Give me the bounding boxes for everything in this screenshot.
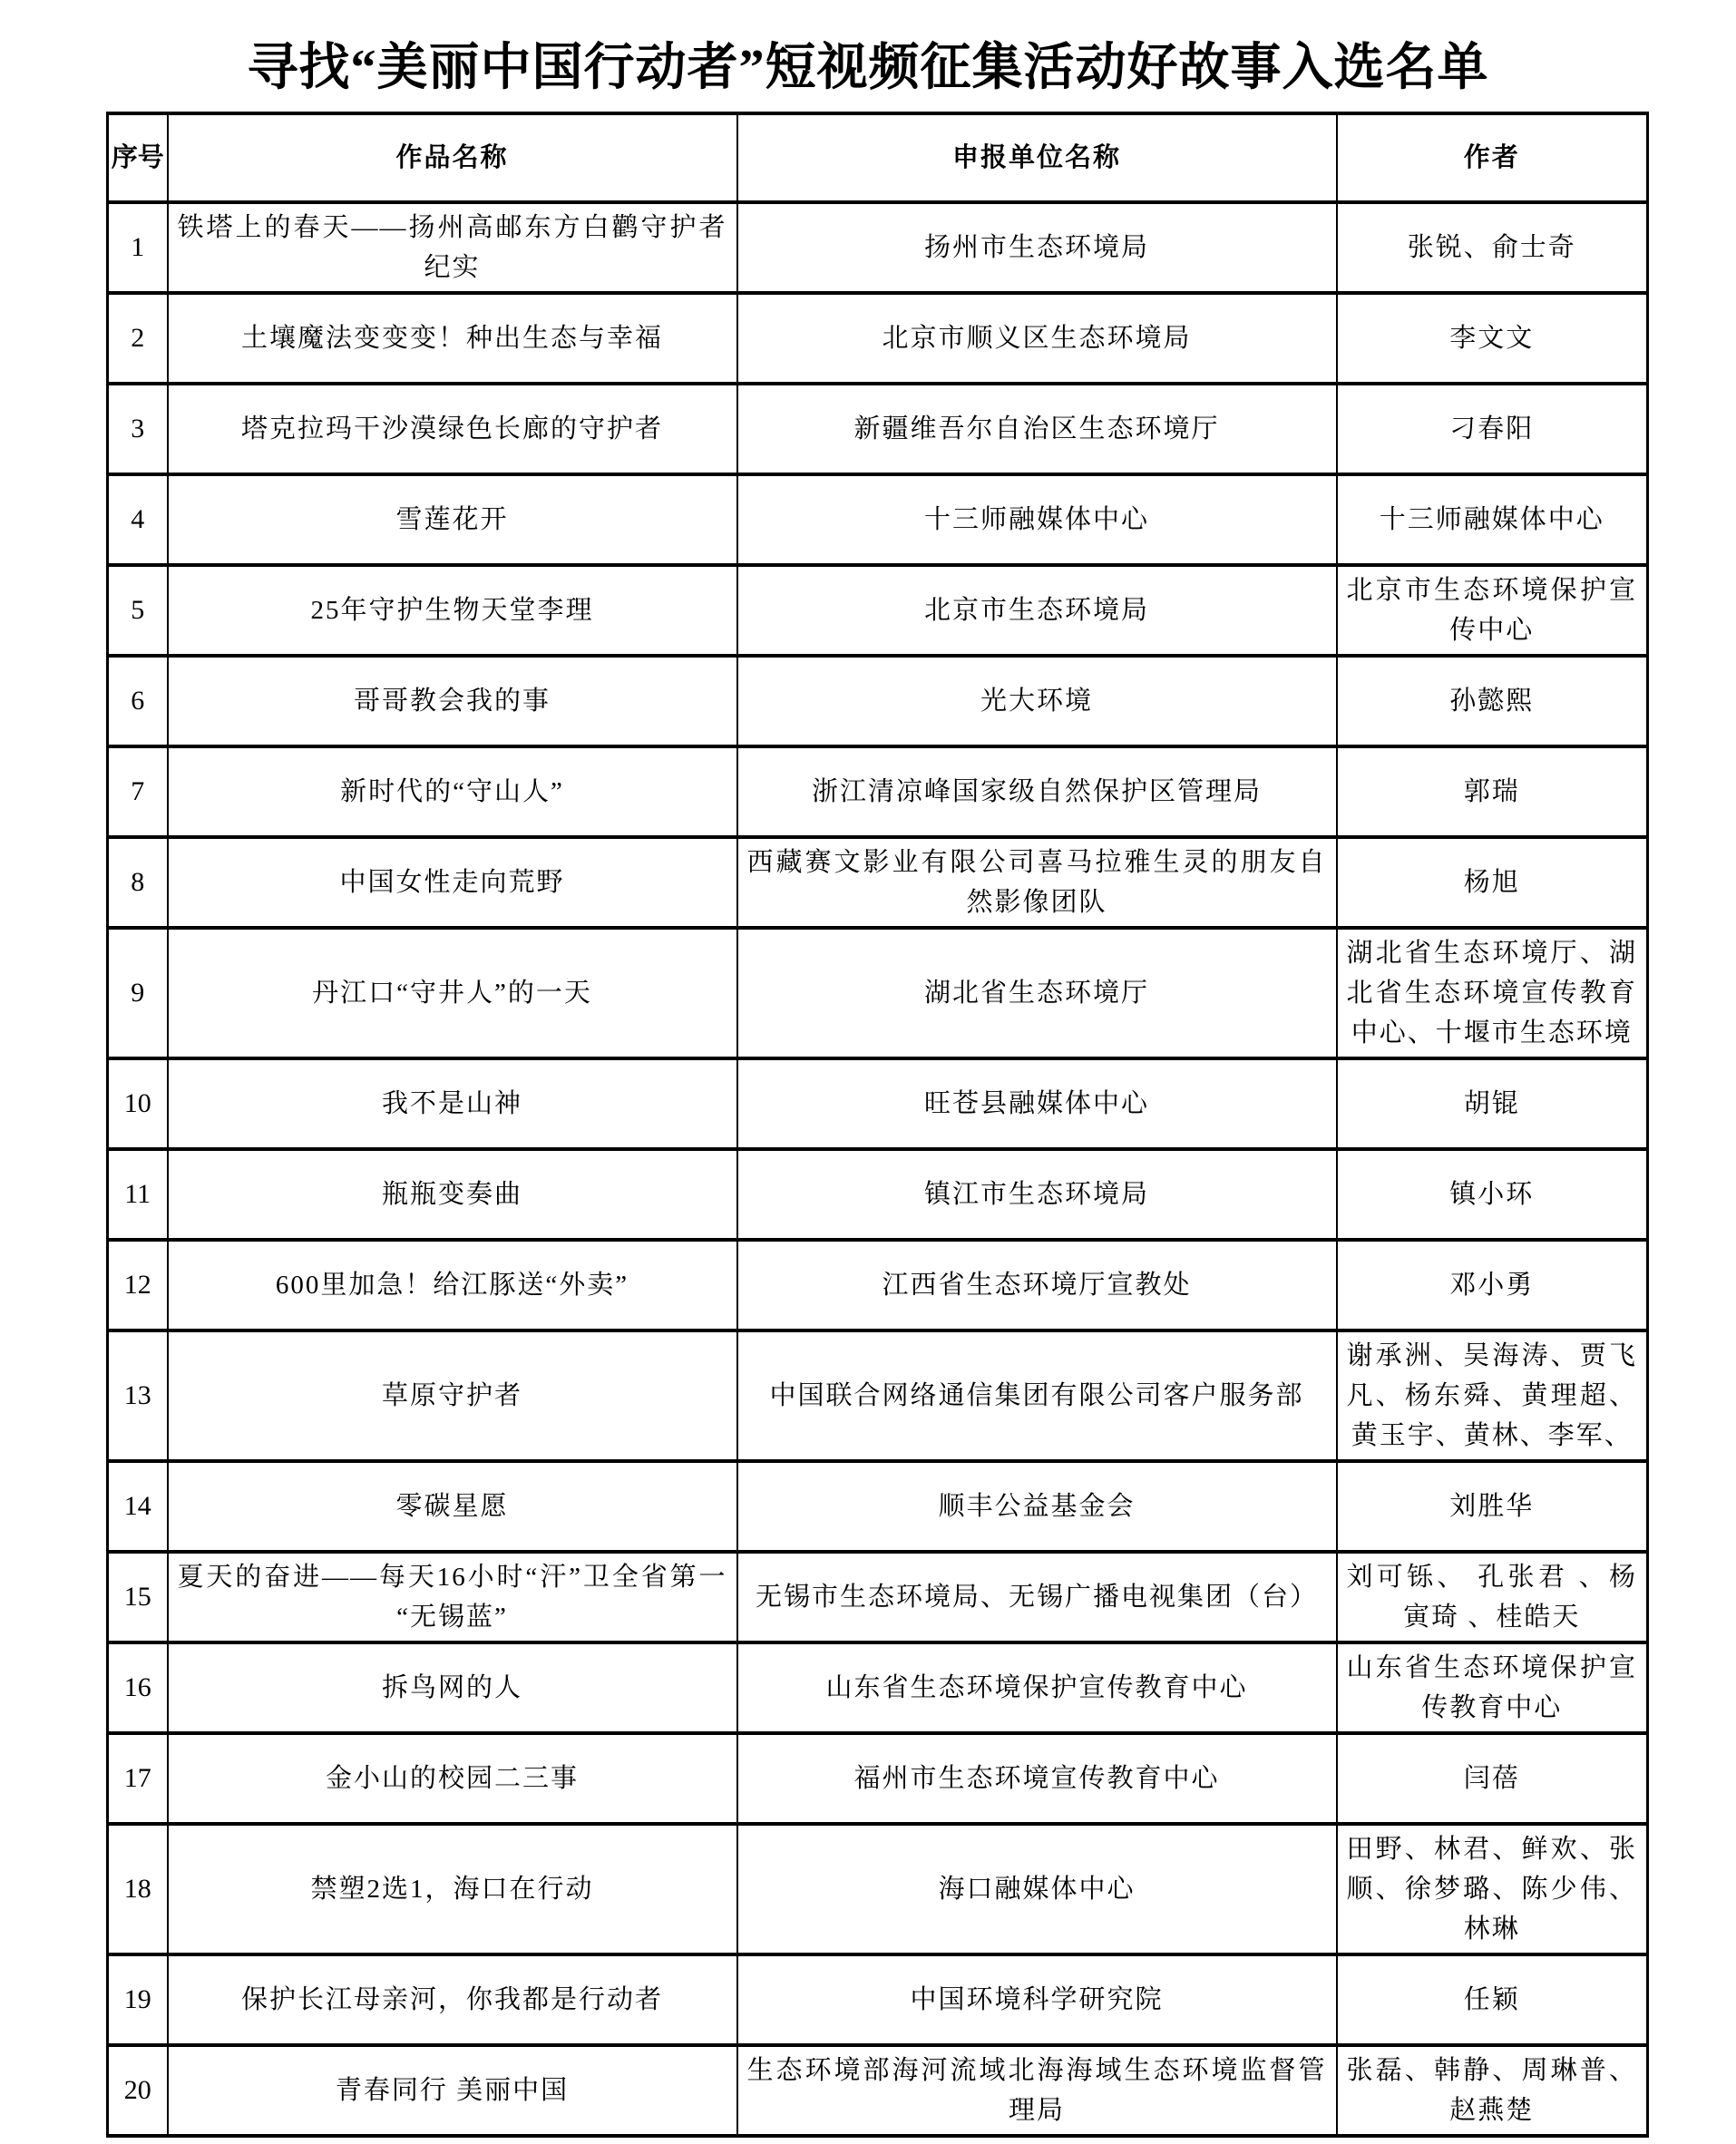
work-title-cell: 雪莲花开: [168, 474, 737, 565]
table-row: 15 夏天的奋进——每天16小时“汗”卫全省第一“无锡蓝” 无锡市生态环境局、无…: [108, 1552, 1648, 1642]
author-cell: 郭瑞: [1337, 746, 1648, 837]
row-index-cell: 5: [108, 565, 168, 656]
table-header-row: 序号 作品名称 申报单位名称 作者: [108, 113, 1648, 202]
work-title-cell: 夏天的奋进——每天16小时“汗”卫全省第一“无锡蓝”: [168, 1552, 737, 1642]
row-index-cell: 16: [108, 1642, 168, 1733]
unit-name-cell: 湖北省生态环境厅: [737, 928, 1337, 1058]
author-cell: 孙懿熙: [1337, 656, 1648, 746]
author-cell: 十三师融媒体中心: [1337, 474, 1648, 565]
author-cell: 邓小勇: [1337, 1240, 1648, 1330]
table-row: 9 丹江口“守井人”的一天 湖北省生态环境厅 湖北省生态环境厅、湖北省生态环境宣…: [108, 928, 1648, 1058]
unit-name-cell: 光大环境: [737, 656, 1337, 746]
row-index-cell: 20: [108, 2045, 168, 2136]
table-row: 4 雪莲花开 十三师融媒体中心 十三师融媒体中心: [108, 474, 1648, 565]
author-cell: 闫蓓: [1337, 1733, 1648, 1824]
row-index-cell: 2: [108, 293, 168, 384]
author-cell: 刘胜华: [1337, 1461, 1648, 1552]
unit-name-cell: 山东省生态环境保护宣传教育中心: [737, 1642, 1337, 1733]
unit-name-cell: 浙江清凉峰国家级自然保护区管理局: [737, 746, 1337, 837]
author-cell: 北京市生态环境保护宣传中心: [1337, 565, 1648, 656]
unit-name-cell: 新疆维吾尔自治区生态环境厅: [737, 384, 1337, 474]
page-title: 寻找“美丽中国行动者”短视频征集活动好故事入选名单: [0, 38, 1736, 99]
work-title-cell: 零碳星愿: [168, 1461, 737, 1552]
author-cell: 刁春阳: [1337, 384, 1648, 474]
unit-name-cell: 北京市生态环境局: [737, 565, 1337, 656]
row-index-cell: 17: [108, 1733, 168, 1824]
row-index-cell: 18: [108, 1824, 168, 1954]
row-index-cell: 3: [108, 384, 168, 474]
header-work-title: 作品名称: [168, 113, 737, 202]
unit-name-cell: 中国环境科学研究院: [737, 1954, 1337, 2045]
table-row: 18 禁塑2选1，海口在行动 海口融媒体中心 田野、林君、鲜欢、张顺、徐梦璐、陈…: [108, 1824, 1648, 1954]
header-author: 作者: [1337, 113, 1648, 202]
work-title-cell: 新时代的“守山人”: [168, 746, 737, 837]
work-title-cell: 拆鸟网的人: [168, 1642, 737, 1733]
author-cell: 山东省生态环境保护宣传教育中心: [1337, 1642, 1648, 1733]
unit-name-cell: 北京市顺义区生态环境局: [737, 293, 1337, 384]
work-title-cell: 禁塑2选1，海口在行动: [168, 1824, 737, 1954]
work-title-cell: 塔克拉玛干沙漠绿色长廊的守护者: [168, 384, 737, 474]
work-title-cell: 哥哥教会我的事: [168, 656, 737, 746]
work-title-cell: 保护长江母亲河，你我都是行动者: [168, 1954, 737, 2045]
table-row: 2 土壤魔法变变变！种出生态与幸福 北京市顺义区生态环境局 李文文: [108, 293, 1648, 384]
table-row: 19 保护长江母亲河，你我都是行动者 中国环境科学研究院 任颖: [108, 1954, 1648, 2045]
table-row: 3 塔克拉玛干沙漠绿色长廊的守护者 新疆维吾尔自治区生态环境厅 刁春阳: [108, 384, 1648, 474]
author-cell: 张锐、俞士奇: [1337, 202, 1648, 293]
unit-name-cell: 海口融媒体中心: [737, 1824, 1337, 1954]
table-row: 7 新时代的“守山人” 浙江清凉峰国家级自然保护区管理局 郭瑞: [108, 746, 1648, 837]
row-index-cell: 7: [108, 746, 168, 837]
row-index-cell: 11: [108, 1149, 168, 1240]
work-title-cell: 草原守护者: [168, 1330, 737, 1461]
row-index-cell: 13: [108, 1330, 168, 1461]
table-row: 12 600里加急！给江豚送“外卖” 江西省生态环境厅宣教处 邓小勇: [108, 1240, 1648, 1330]
row-index-cell: 6: [108, 656, 168, 746]
author-cell: 刘可铄、 孔张君 、杨寅琦 、桂皓天: [1337, 1552, 1648, 1642]
work-title-cell: 中国女性走向荒野: [168, 837, 737, 928]
unit-name-cell: 江西省生态环境厅宣教处: [737, 1240, 1337, 1330]
author-cell: 胡锟: [1337, 1058, 1648, 1149]
row-index-cell: 4: [108, 474, 168, 565]
table-row: 8 中国女性走向荒野 西藏赛文影业有限公司喜马拉雅生灵的朋友自然影像团队 杨旭: [108, 837, 1648, 928]
unit-name-cell: 旺苍县融媒体中心: [737, 1058, 1337, 1149]
unit-name-cell: 福州市生态环境宣传教育中心: [737, 1733, 1337, 1824]
table-row: 1 铁塔上的春天——扬州高邮东方白鹳守护者纪实 扬州市生态环境局 张锐、俞士奇: [108, 202, 1648, 293]
row-index-cell: 1: [108, 202, 168, 293]
author-cell: 田野、林君、鲜欢、张顺、徐梦璐、陈少伟、林琳: [1337, 1824, 1648, 1954]
work-title-cell: 25年守护生物天堂李理: [168, 565, 737, 656]
work-title-cell: 铁塔上的春天——扬州高邮东方白鹳守护者纪实: [168, 202, 737, 293]
table-row: 6 哥哥教会我的事 光大环境 孙懿熙: [108, 656, 1648, 746]
table-row: 14 零碳星愿 顺丰公益基金会 刘胜华: [108, 1461, 1648, 1552]
work-title-cell: 600里加急！给江豚送“外卖”: [168, 1240, 737, 1330]
author-cell: 湖北省生态环境厅、湖北省生态环境宣传教育中心、十堰市生态环境: [1337, 928, 1648, 1058]
unit-name-cell: 生态环境部海河流域北海海域生态环境监督管理局: [737, 2045, 1337, 2136]
author-cell: 谢承洲、吴海涛、贾飞凡、杨东舜、黄理超、黄玉宇、黄林、李军、: [1337, 1330, 1648, 1461]
table-row: 11 瓶瓶变奏曲 镇江市生态环境局 镇小环: [108, 1149, 1648, 1240]
author-cell: 镇小环: [1337, 1149, 1648, 1240]
unit-name-cell: 十三师融媒体中心: [737, 474, 1337, 565]
work-title-cell: 青春同行 美丽中国: [168, 2045, 737, 2136]
author-cell: 李文文: [1337, 293, 1648, 384]
row-index-cell: 14: [108, 1461, 168, 1552]
row-index-cell: 12: [108, 1240, 168, 1330]
table-row: 20 青春同行 美丽中国 生态环境部海河流域北海海域生态环境监督管理局 张磊、韩…: [108, 2045, 1648, 2136]
unit-name-cell: 顺丰公益基金会: [737, 1461, 1337, 1552]
unit-name-cell: 西藏赛文影业有限公司喜马拉雅生灵的朋友自然影像团队: [737, 837, 1337, 928]
table-row: 13 草原守护者 中国联合网络通信集团有限公司客户服务部 谢承洲、吴海涛、贾飞凡…: [108, 1330, 1648, 1461]
work-title-cell: 瓶瓶变奏曲: [168, 1149, 737, 1240]
unit-name-cell: 无锡市生态环境局、无锡广播电视集团（台）: [737, 1552, 1337, 1642]
table-row: 10 我不是山神 旺苍县融媒体中心 胡锟: [108, 1058, 1648, 1149]
row-index-cell: 19: [108, 1954, 168, 2045]
author-cell: 杨旭: [1337, 837, 1648, 928]
unit-name-cell: 中国联合网络通信集团有限公司客户服务部: [737, 1330, 1337, 1461]
selection-list-table: 序号 作品名称 申报单位名称 作者 1 铁塔上的春天——扬州高邮东方白鹳守护者纪…: [106, 112, 1649, 2138]
unit-name-cell: 扬州市生态环境局: [737, 202, 1337, 293]
author-cell: 任颖: [1337, 1954, 1648, 2045]
work-title-cell: 我不是山神: [168, 1058, 737, 1149]
row-index-cell: 8: [108, 837, 168, 928]
work-title-cell: 土壤魔法变变变！种出生态与幸福: [168, 293, 737, 384]
author-cell: 张磊、韩静、周琳普、赵燕楚: [1337, 2045, 1648, 2136]
work-title-cell: 金小山的校园二三事: [168, 1733, 737, 1824]
table-row: 17 金小山的校园二三事 福州市生态环境宣传教育中心 闫蓓: [108, 1733, 1648, 1824]
row-index-cell: 10: [108, 1058, 168, 1149]
unit-name-cell: 镇江市生态环境局: [737, 1149, 1337, 1240]
header-index: 序号: [108, 113, 168, 202]
table-row: 16 拆鸟网的人 山东省生态环境保护宣传教育中心 山东省生态环境保护宣传教育中心: [108, 1642, 1648, 1733]
row-index-cell: 15: [108, 1552, 168, 1642]
table-row: 5 25年守护生物天堂李理 北京市生态环境局 北京市生态环境保护宣传中心: [108, 565, 1648, 656]
header-unit-name: 申报单位名称: [737, 113, 1337, 202]
row-index-cell: 9: [108, 928, 168, 1058]
work-title-cell: 丹江口“守井人”的一天: [168, 928, 737, 1058]
